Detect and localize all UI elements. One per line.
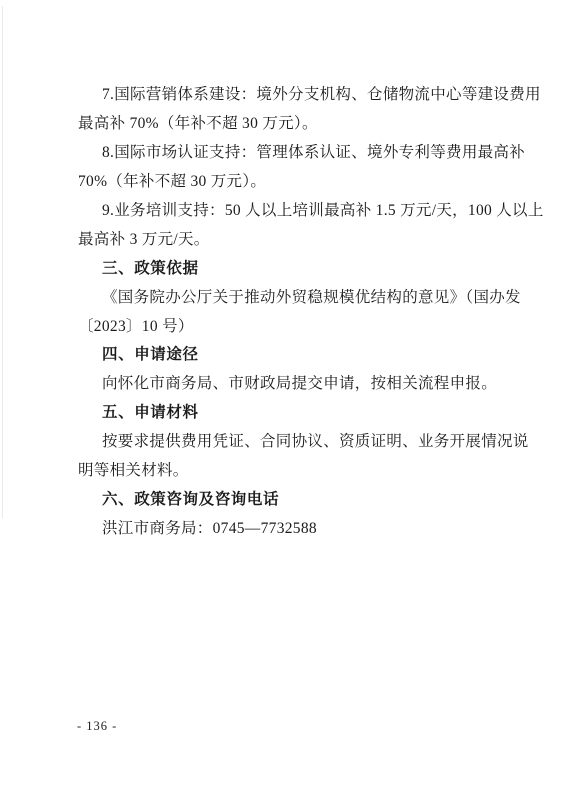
section-heading-application-channel: 四、申请途径 <box>78 341 484 370</box>
policy-basis-line-2: 〔2023〕10 号） <box>78 313 484 342</box>
application-channel-line: 向怀化市商务局、市财政局提交申请，按相关流程申报。 <box>78 370 484 399</box>
document-page-body: 7.国际营销体系建设：境外分支机构、仓储物流中心等建设费用 最高补 70%（年补… <box>78 81 484 544</box>
section-heading-consultation: 六、政策咨询及咨询电话 <box>78 486 484 515</box>
application-materials-line-1: 按要求提供费用凭证、合同协议、资质证明、业务开展情况说 <box>78 428 484 457</box>
application-materials-line-2: 明等相关材料。 <box>78 457 484 486</box>
item-7-line-1: 7.国际营销体系建设：境外分支机构、仓储物流中心等建设费用 <box>78 81 484 110</box>
policy-basis-line-1: 《国务院办公厅关于推动外贸稳规模优结构的意见》（国办发 <box>78 284 484 313</box>
section-heading-policy-basis: 三、政策依据 <box>78 255 484 284</box>
item-8-line-2: 70%（年补不超 30 万元）。 <box>78 168 484 197</box>
page-number: - 136 - <box>77 719 117 734</box>
consultation-phone-line: 洪江市商务局：0745—7732588 <box>78 515 484 544</box>
section-heading-application-materials: 五、申请材料 <box>78 399 484 428</box>
scan-edge-artifact <box>2 6 3 518</box>
item-9-line-2: 最高补 3 万元/天。 <box>78 226 484 255</box>
item-8-line-1: 8.国际市场认证支持：管理体系认证、境外专利等费用最高补 <box>78 139 484 168</box>
item-9-line-1: 9.业务培训支持：50 人以上培训最高补 1.5 万元/天，100 人以上 <box>78 197 484 226</box>
item-7-line-2: 最高补 70%（年补不超 30 万元）。 <box>78 110 484 139</box>
